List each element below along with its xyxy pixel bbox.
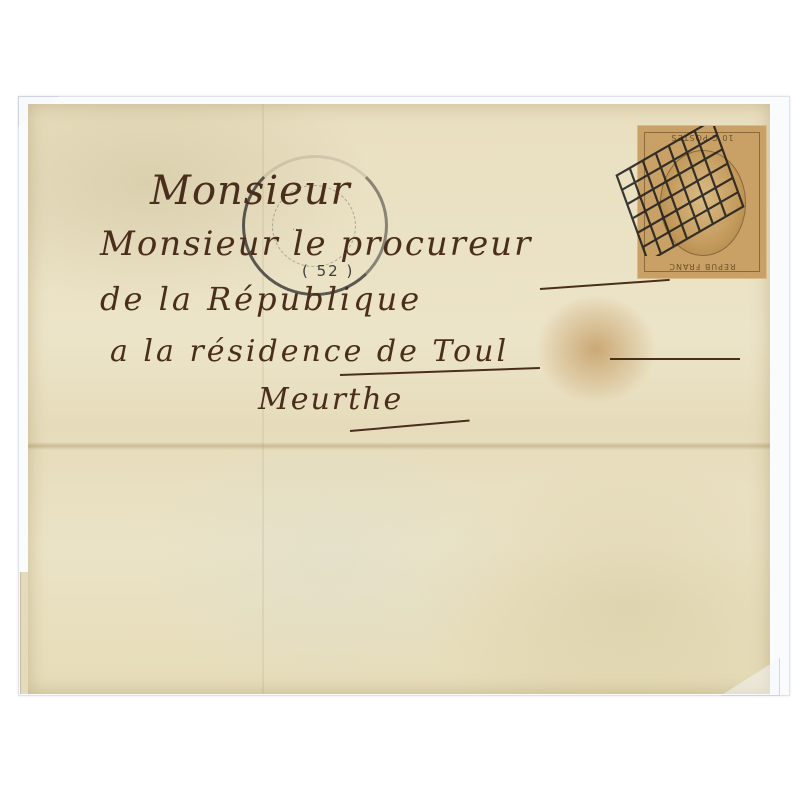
address-line-2: Monsieur le procureur xyxy=(100,224,532,264)
stamp-country-text: REPUB FRANC xyxy=(638,262,766,271)
address-line-3: de la République xyxy=(100,280,422,318)
flourish-underline-2 xyxy=(610,358,740,360)
address-line-4: a la résidence de Toul xyxy=(110,334,509,369)
grid-cancellation-mark xyxy=(600,126,760,256)
address-line-5: Meurthe xyxy=(258,382,403,417)
postmark-number: ( 52 ) xyxy=(302,262,354,280)
address-line-1: Monsieur xyxy=(150,168,351,214)
horizontal-fold-line xyxy=(28,442,770,450)
